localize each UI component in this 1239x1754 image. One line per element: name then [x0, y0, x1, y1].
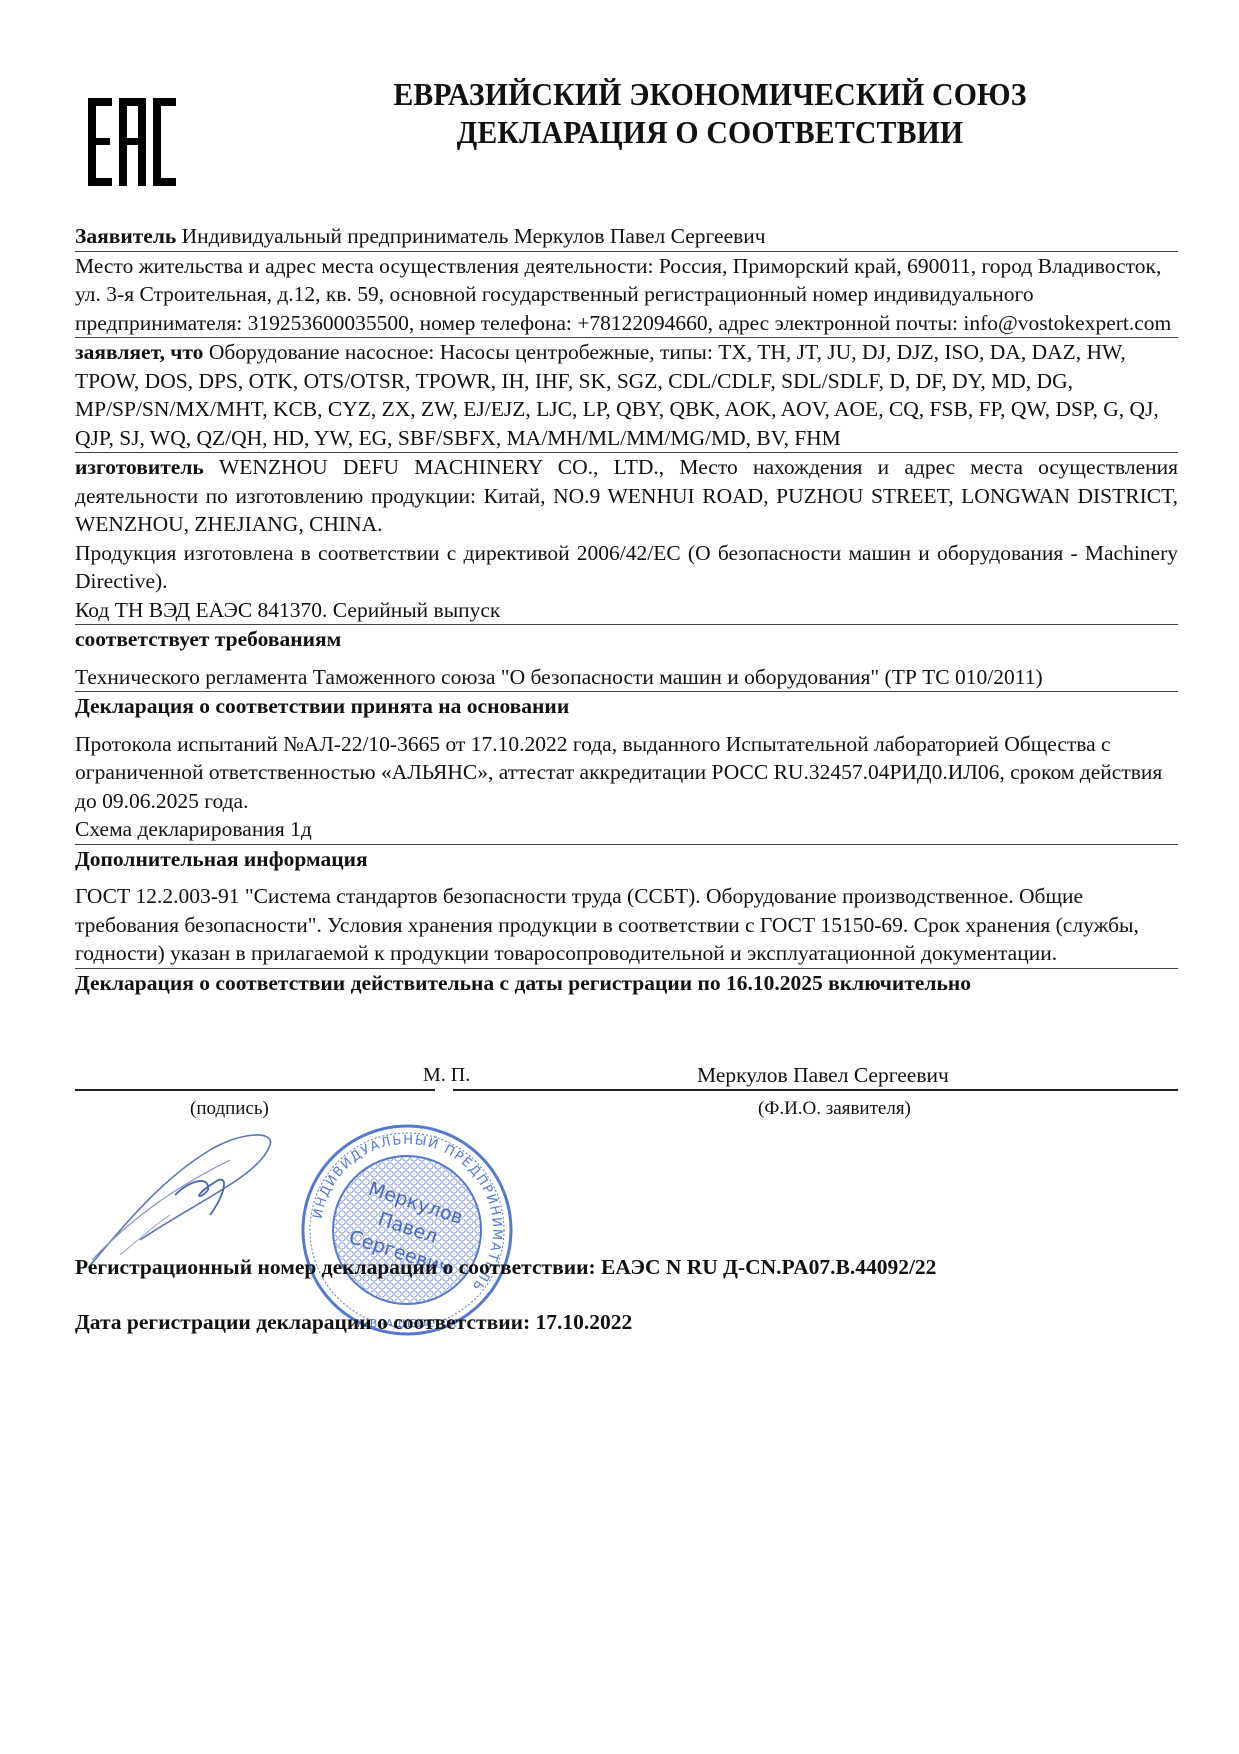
eac-logo-icon: [88, 98, 176, 186]
conforms-section: соответствует требованиям Технического р…: [75, 625, 1178, 692]
registration-date-line: Дата регистрации декларации о соответств…: [75, 1310, 632, 1335]
seal-place-label: М. П.: [423, 1061, 470, 1090]
title-line-declaration: ДЕКЛАРАЦИЯ О СООТВЕТСТВИИ: [292, 113, 1129, 151]
directive-text: Продукция изготовлена в соответствии с д…: [75, 539, 1178, 596]
basis-section: Декларация о соответствии принята на осн…: [75, 692, 1178, 845]
declaration-body: Заявитель Индивидуальный предприниматель…: [75, 222, 1178, 1167]
signature-line: [75, 1089, 435, 1091]
registration-number: ЕАЭС N RU Д-CN.PA07.B.44092/22: [601, 1255, 936, 1279]
manufacturer-info: изготовитель WENZHOU DEFU MACHINERY CO.,…: [75, 453, 1178, 539]
hs-code-text: Код ТН ВЭД ЕАЭС 841370. Серийный выпуск: [75, 596, 1178, 625]
manufacturer-text: WENZHOU DEFU MACHINERY CO., LTD., Место …: [75, 455, 1178, 536]
additional-section: Дополнительная информация ГОСТ 12.2.003-…: [75, 845, 1178, 969]
handwritten-signature-icon: [80, 1120, 280, 1270]
basis-text: Протокола испытаний №АЛ-22/10-3665 от 17…: [75, 721, 1178, 816]
document-title: ЕВРАЗИЙСКИЙ ЭКОНОМИЧЕСКИЙ СОЮЗ ДЕКЛАРАЦИ…: [292, 75, 1129, 151]
registration-number-label: Регистрационный номер декларации о соотв…: [75, 1255, 596, 1279]
scheme-text: Схема декларирования 1д: [75, 815, 1178, 844]
basis-label: Декларация о соответствии принята на осн…: [75, 692, 1178, 721]
conforms-text: Технического регламента Таможенного союз…: [75, 654, 1178, 692]
applicant-label: Заявитель: [75, 224, 176, 248]
validity-text: Декларация о соответствии действительна …: [75, 969, 1178, 998]
title-line-union: ЕВРАЗИЙСКИЙ ЭКОНОМИЧЕСКИЙ СОЮЗ: [292, 75, 1129, 113]
applicant-section: Заявитель Индивидуальный предприниматель…: [75, 222, 1178, 252]
registration-date-label: Дата регистрации декларации о соответств…: [75, 1310, 530, 1334]
conforms-label: соответствует требованиям: [75, 625, 1178, 654]
declares-label: заявляет, что: [75, 340, 203, 364]
manufacturer-label: изготовитель: [75, 455, 204, 479]
applicant-name: Индивидуальный предприниматель Меркулов …: [182, 224, 766, 248]
registration-date: 17.10.2022: [536, 1310, 633, 1334]
manufacturer-section: изготовитель WENZHOU DEFU MACHINERY CO.,…: [75, 453, 1178, 625]
registration-number-line: Регистрационный номер декларации о соотв…: [75, 1255, 936, 1280]
signer-name: Меркулов Павел Сергеевич: [697, 1061, 949, 1090]
applicant-address: Место жительства и адрес места осуществл…: [75, 252, 1178, 339]
official-seal-stamp-icon: ИНДИВИДУАЛЬНЫЙ ПРЕДПРИНИМАТЕЛЬ г. ВЛАДИВ…: [298, 1122, 516, 1338]
additional-text: ГОСТ 12.2.003-91 "Система стандартов без…: [75, 873, 1178, 968]
name-caption: (Ф.И.О. заявителя): [758, 1095, 911, 1124]
declares-text: Оборудование насосное: Насосы центробежн…: [75, 340, 1159, 450]
declares-section: заявляет, что Оборудование насосное: Нас…: [75, 338, 1178, 453]
additional-label: Дополнительная информация: [75, 845, 1178, 874]
